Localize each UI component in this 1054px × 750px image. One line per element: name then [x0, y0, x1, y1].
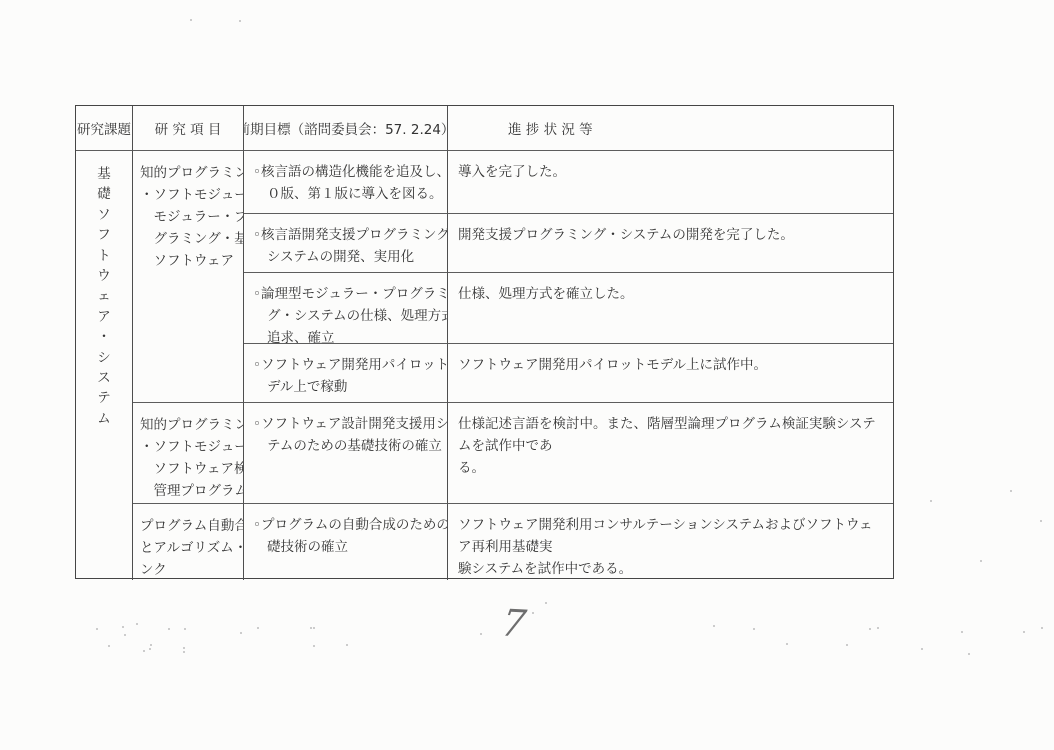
- goal-cell-3: ◦論理型モジュラー・プログラミング・システムの仕様、処理方式の追求、確立: [244, 273, 448, 344]
- goal-cell-5: ◦ソフトウェア設計開発支援用システムのための基礎技術の確立: [244, 403, 448, 504]
- research-progress-table: 研究課題 研 究 項 目 前期目標（諮問委員会：57. 2.24） 進 捗 状 …: [75, 105, 894, 579]
- goal-cell-1: ◦核言語の構造化機能を追及し、第０版、第１版に導入を図る。: [244, 151, 448, 214]
- scan-speck: [183, 651, 185, 653]
- scan-speck: [183, 647, 185, 649]
- scan-speck: [753, 628, 755, 630]
- scan-speck: [346, 644, 348, 646]
- scan-speck: [313, 627, 315, 629]
- scan-speck: [961, 631, 963, 633]
- scan-speck: [310, 627, 312, 629]
- header-research-subject: 研究課題: [76, 106, 133, 151]
- scan-speck: [150, 644, 152, 646]
- header-previous-goal: 前期目標（諮問委員会：57. 2.24）: [244, 106, 448, 151]
- research-item-group-2: 知的プログラミング・ソフトモジュール ソフトウェア検証 管理プログラム: [133, 403, 244, 504]
- research-item-group-1: 知的プログラミング・ソフトモジュール モジュラー・プロ グラミング・基本 ソフト…: [133, 151, 244, 403]
- handwritten-page-number: 7: [499, 604, 528, 642]
- scan-speck: [1023, 631, 1025, 633]
- scan-speck: [143, 650, 145, 652]
- scan-speck: [980, 560, 982, 562]
- progress-cell-6: ソフトウェア開発利用コンサルテーションシステムおよびソフトウェア再利用基礎実験シ…: [448, 504, 893, 580]
- progress-cell-4: ソフトウェア開発用パイロットモデル上に試作中。: [448, 344, 893, 403]
- goal-cell-2: ◦核言語開発支援プログラミング・システムの開発、実用化: [244, 214, 448, 273]
- goal-cell-4: ◦ソフトウェア開発用パイロットモデル上で稼動: [244, 344, 448, 403]
- scan-speck: [190, 19, 192, 21]
- goal-cell-6: ◦プログラムの自動合成のための基礎技術の確立: [244, 504, 448, 580]
- scan-speck: [240, 632, 242, 634]
- scan-speck: [869, 628, 871, 630]
- scan-speck: [786, 643, 788, 645]
- scan-speck: [136, 623, 138, 625]
- scan-speck: [930, 500, 932, 502]
- scanned-document-page: { "page": { "page_number": "7" }, "table…: [0, 0, 1054, 750]
- research-subject-vertical-label: 基礎ソフトウェア・システム: [76, 151, 133, 580]
- scan-speck: [108, 645, 110, 647]
- scan-speck: [1041, 627, 1043, 629]
- scan-speck: [968, 653, 970, 655]
- scan-speck: [96, 628, 98, 630]
- progress-cell-5: 仕様記述言語を検討中。また、階層型論理プログラム検証実験システムを試作中である。: [448, 403, 893, 504]
- scan-speck: [846, 644, 848, 646]
- scan-speck: [122, 626, 124, 628]
- scan-speck: [1010, 490, 1012, 492]
- scan-speck: [532, 612, 534, 614]
- scan-speck: [1040, 520, 1042, 522]
- scan-speck: [877, 627, 879, 629]
- scan-speck: [184, 628, 186, 630]
- scan-speck: [545, 602, 547, 604]
- scan-speck: [480, 633, 482, 635]
- scan-speck: [239, 20, 241, 22]
- research-item-group-3: プログラム自動合成とアルゴリズム・バンク: [133, 504, 244, 580]
- scan-speck: [921, 648, 923, 650]
- progress-cell-2: 開発支援プログラミング・システムの開発を完了した。: [448, 214, 893, 273]
- scan-speck: [257, 627, 259, 629]
- header-research-item: 研 究 項 目: [133, 106, 244, 151]
- scan-speck: [713, 625, 715, 627]
- progress-cell-3: 仕様、処理方式を確立した。: [448, 273, 893, 344]
- scan-speck: [168, 628, 170, 630]
- progress-cell-1: 導入を完了した。: [448, 151, 893, 214]
- scan-speck: [124, 634, 126, 636]
- scan-speck: [149, 648, 151, 650]
- header-progress-status: 進 捗 状 況 等: [448, 106, 893, 151]
- scan-speck: [313, 645, 315, 647]
